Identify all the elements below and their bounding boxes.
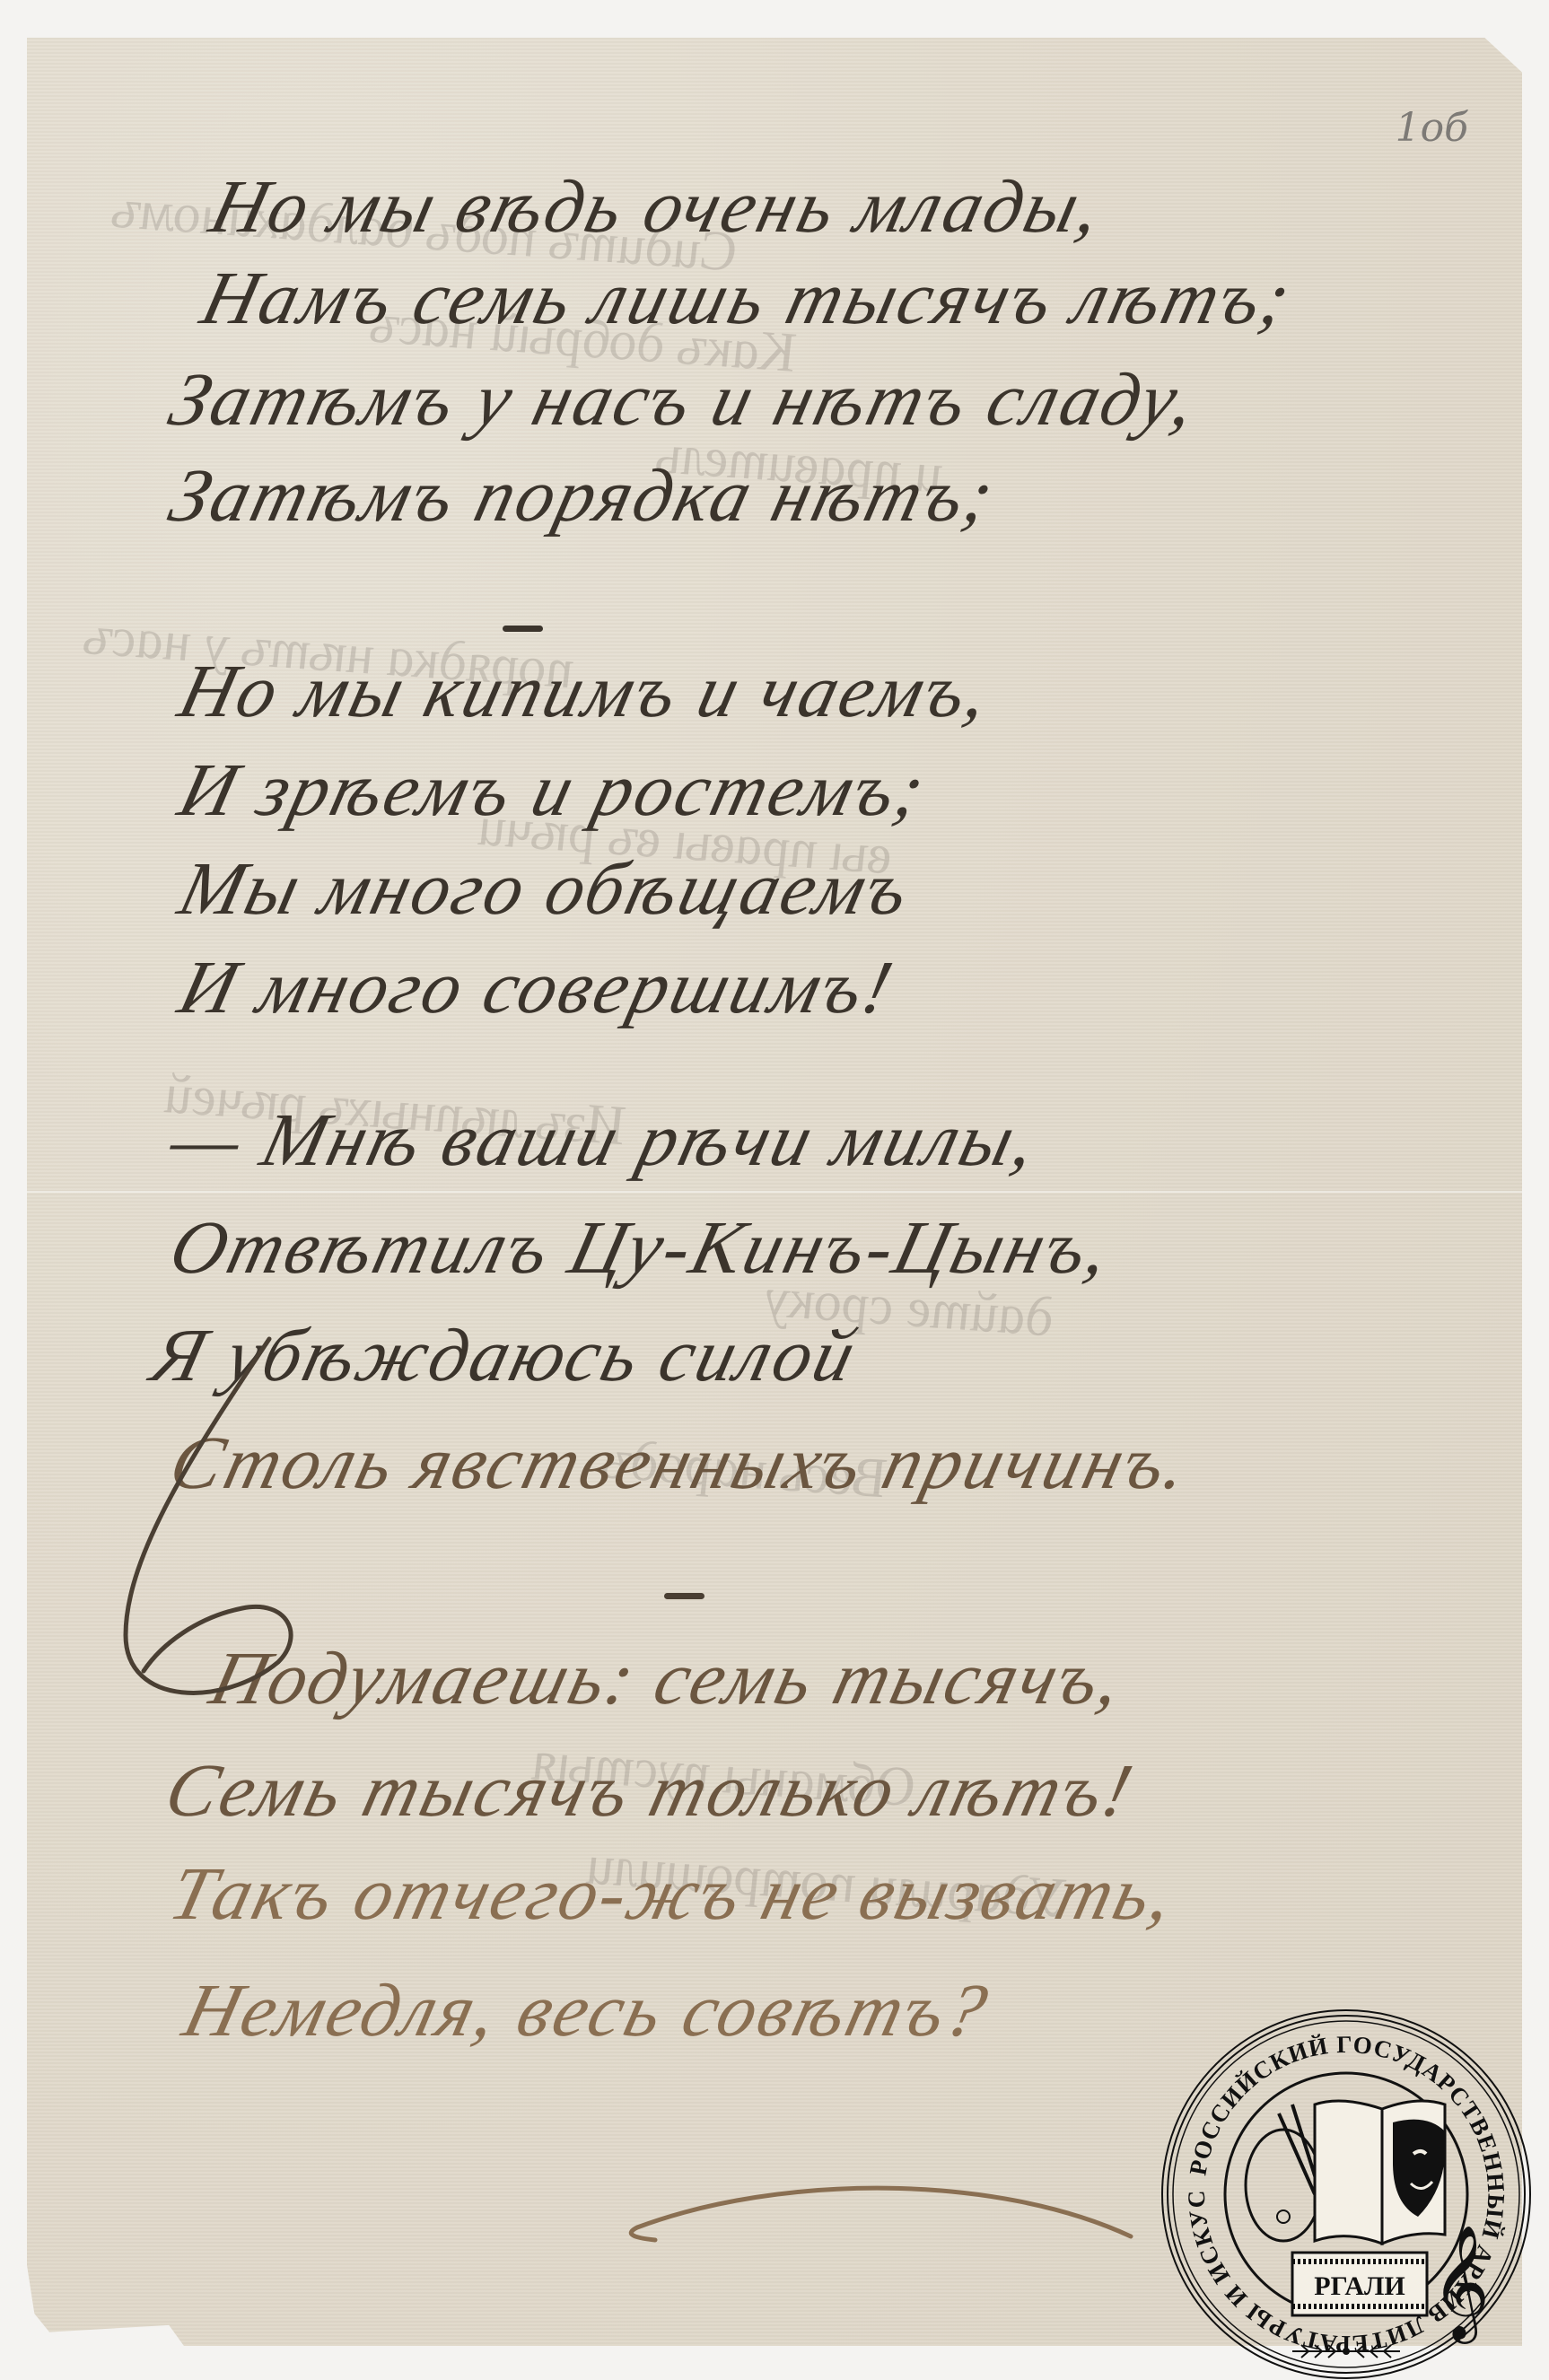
poem-line: Подумаешь: семь тысячъ, xyxy=(202,1635,1133,1722)
poem-line: Немедля, весь совѣтъ? xyxy=(175,1967,998,2054)
poem-line: Отвѣтилъ Цу-Кинъ-Цынъ, xyxy=(162,1204,1121,1291)
poem-line: Затѣмъ у насъ и нѣтъ сладу, xyxy=(162,356,1207,443)
treble-clef-icon: 𝄞 xyxy=(1431,2224,1490,2344)
stamp-center-text: РГАЛИ xyxy=(1314,2271,1405,2301)
rgali-archive-stamp: РОССИЙСКИЙ ГОСУДАРСТВЕННЫЙ АРХИВ ЛИТЕРАТ… xyxy=(1158,2006,1535,2380)
closing-flourish xyxy=(601,2174,1176,2245)
palette-icon xyxy=(1246,2104,1321,2241)
folio-number: 1об xyxy=(1396,105,1468,151)
poem-line: Но мы вѣдь очень млады, xyxy=(202,163,1112,250)
poem-line: Но мы кипимъ и чаемъ, xyxy=(171,648,1000,735)
calligraphic-loop xyxy=(90,1330,323,1797)
poem-line: Намъ семь лишь тысячъ лѣтъ; xyxy=(193,255,1301,342)
poem-line: И зрѣемъ и ростемъ; xyxy=(171,747,935,834)
stanza-separator xyxy=(664,1593,704,1599)
poem-line: Мы много обѣщаемъ xyxy=(171,845,920,932)
poem-line: И много совершимъ! xyxy=(171,944,903,1031)
poem-line: — Мнѣ ваши рѣчи милы, xyxy=(162,1097,1047,1184)
film-strip-icon: РГАЛИ xyxy=(1292,2253,1427,2315)
svg-text:𝄞: 𝄞 xyxy=(1431,2224,1490,2344)
manuscript-page: Сидитъ подъ балдахиномъ Какъ добрый насъ… xyxy=(27,38,1522,2346)
poem-line: Затѣмъ порядка нѣтъ; xyxy=(162,452,1004,539)
stanza-separator xyxy=(503,626,543,632)
paper-fold-line xyxy=(27,1191,1522,1193)
poem-line: Такъ отчего-жъ не вызвать, xyxy=(162,1851,1185,1938)
